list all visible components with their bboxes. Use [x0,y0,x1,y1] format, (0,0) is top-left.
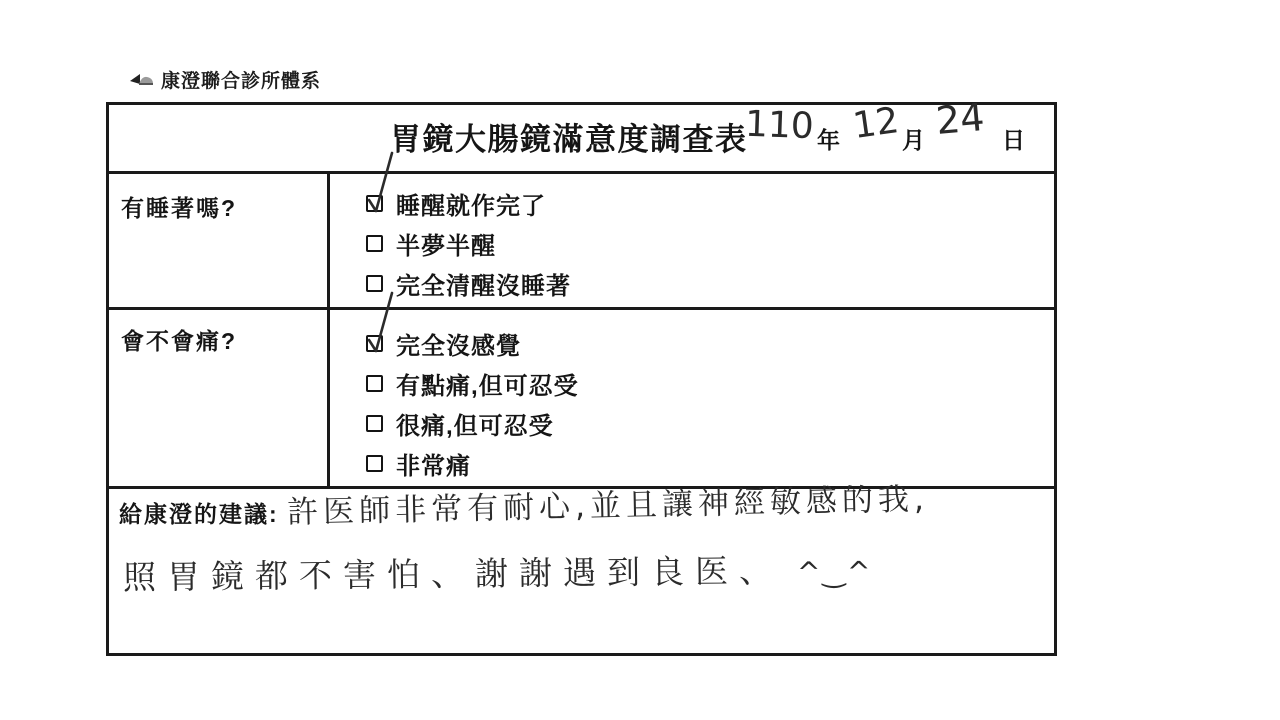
option-label: 睡醒就作完了 [396,186,546,221]
date-day-unit: 日 [1002,122,1025,155]
option-label: 完全沒感覺 [396,326,521,361]
checkbox [366,335,383,352]
date-year-handwritten: 110 [744,104,814,147]
date-year-unit: 年 [817,122,840,155]
row-divider-1 [109,307,1054,310]
clinic-logo-icon [129,71,155,89]
checkbox [366,415,383,432]
checkbox-option: 非常痛 [366,443,579,483]
column-divider [327,171,330,489]
checkbox-option: 有點痛,但可忍受 [366,363,579,403]
suggestion-handwriting-line2: 照胃鏡都不害怕、謝謝遇到良医、^‿^ [123,544,873,599]
header-divider [109,171,1054,174]
checkbox [366,455,383,472]
checkbox [366,235,383,252]
option-label: 半夢半醒 [396,226,496,261]
option-label: 有點痛,但可忍受 [396,366,579,401]
checkbox-option: 半夢半醒 [366,223,571,263]
checkbox-option: 完全清醒沒睡著 [366,263,571,303]
option-label: 完全清醒沒睡著 [396,266,571,301]
survey-table: 胃鏡大腸鏡滿意度調查表 110 年 12 月 24 日 有睡著嗎? 睡醒就作完了 [106,102,1057,656]
suggestion-label: 給康澄的建議: [119,496,279,529]
checkbox [366,375,383,392]
checkbox-option: 完全沒感覺 [366,323,579,363]
checkmark-doodle [366,150,396,220]
option-label: 很痛,但可忍受 [396,406,554,441]
form-title: 胃鏡大腸鏡滿意度調查表 [390,114,748,159]
checkbox-option: 睡醒就作完了 [366,183,571,223]
question-label-pain: 會不會痛? [121,323,237,356]
question-label-sleep: 有睡著嗎? [121,190,237,223]
clinic-logo-text: 康澄聯合診所體系 [161,66,321,93]
date-month-unit: 月 [902,122,925,155]
checkbox-option: 很痛,但可忍受 [366,403,579,443]
options-pain: 完全沒感覺 有點痛,但可忍受 很痛,但可忍受 [366,323,579,483]
suggestion-handwriting-text: 照胃鏡都不害怕、謝謝遇到良医、 [123,551,783,597]
options-sleep: 睡醒就作完了 半夢半醒 完全清醒沒睡著 [366,183,571,303]
smiley-doodle: ^‿^ [797,555,873,589]
date-day-handwritten: 24 [934,95,986,143]
scanned-survey-page: 康澄聯合診所體系 胃鏡大腸鏡滿意度調查表 110 年 12 月 24 日 有睡著… [0,0,1280,720]
checkbox [366,195,383,212]
option-label: 非常痛 [396,446,471,481]
clinic-logo: 康澄聯合診所體系 [129,66,321,93]
checkbox [366,275,383,292]
date-month-handwritten: 12 [850,100,901,147]
